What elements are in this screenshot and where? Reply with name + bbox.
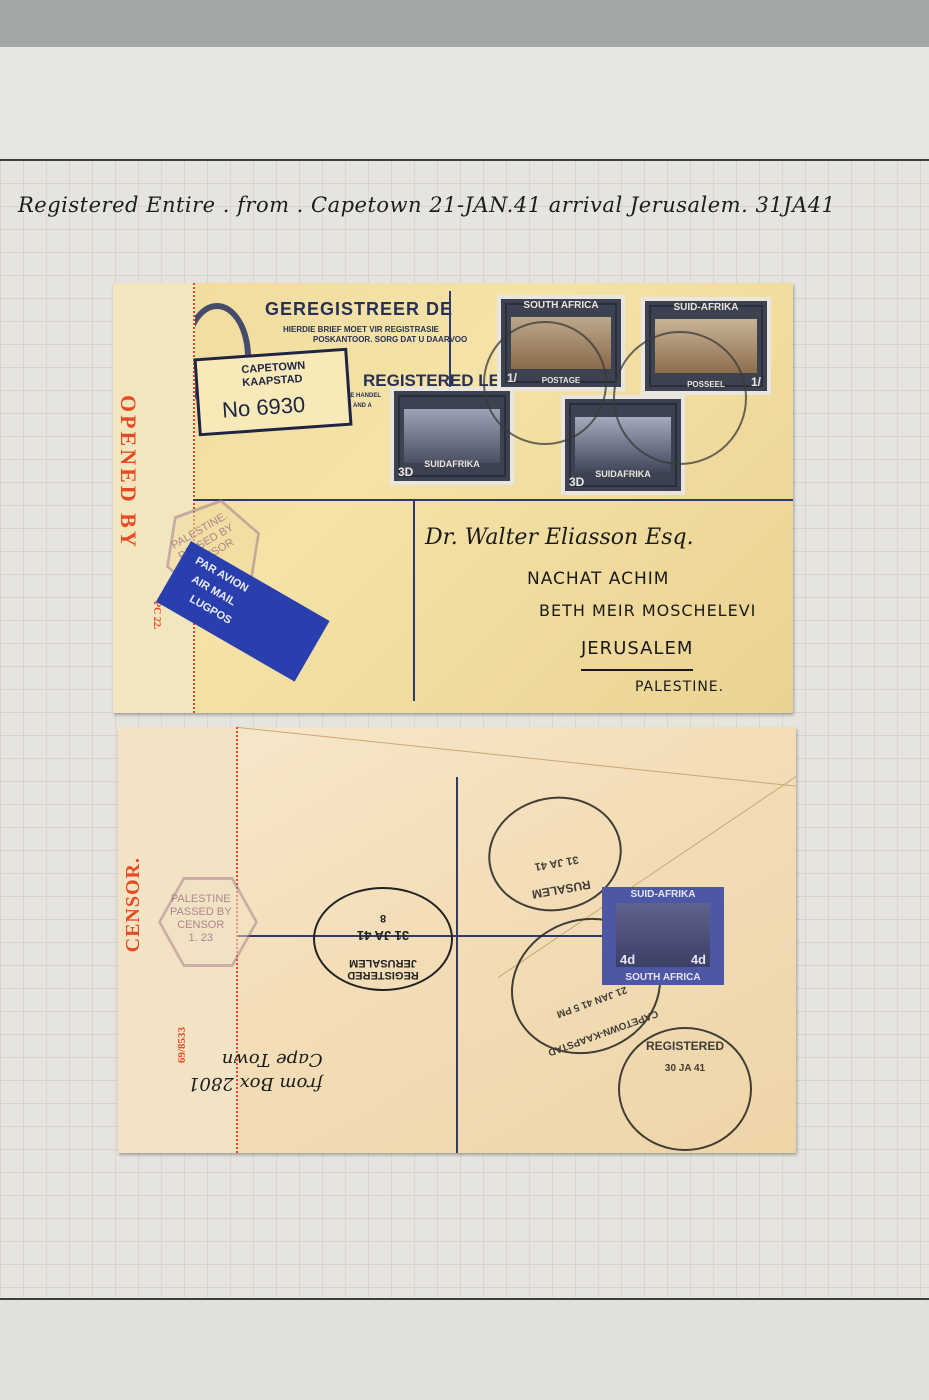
printed-divider-horizontal (193, 499, 793, 501)
page-heading: Registered Entire . from . Capetown 21-J… (18, 193, 918, 217)
top-rule (0, 159, 929, 161)
censor-opened-by-label: OPENED BY (115, 395, 141, 550)
printed-small-2: AND A (353, 403, 372, 409)
album-page-top-band (0, 47, 929, 159)
address-divider (413, 501, 415, 701)
handwritten-sender-note: from Box 2801 Cape Town (188, 1047, 323, 1095)
address-line-1: NACHAT ACHIM (527, 569, 669, 589)
printed-small-1: BE HANDEL (346, 393, 381, 399)
censor-tape: OPENED BY PC 22. (113, 283, 195, 713)
envelope-flap-line (238, 727, 796, 791)
registration-number: No 6930 (221, 392, 306, 424)
registration-label: CAPETOWNKAAPSTAD No 6930 (193, 348, 352, 437)
imprinted-4d-stamp: SUID-AFRIKA SOUTH AFRICA 4d 4d (602, 887, 724, 985)
printed-instruction-2: POSKANTOOR. SORG DAT U DAARVOO (313, 335, 467, 344)
registration-city-en: CAPETOWNKAAPSTAD (241, 360, 307, 390)
jerusalem-registered-postmark: REGISTERED JERUSALEM 31 JA 41 8 (313, 887, 453, 991)
address-name: Dr. Walter Eliasson Esq. (425, 525, 694, 550)
cover-front: OPENED BY PC 22. GEREGISTREER DE HIERDIE… (113, 283, 793, 713)
bottom-rule (0, 1298, 929, 1300)
printed-title-afrikaans: GEREGISTREER DE (265, 299, 453, 320)
address-line-3: JERUSALEM (581, 638, 693, 671)
printed-cross-vertical (456, 777, 458, 1153)
address-line-2: BETH MEIR MOSCHELEVI (539, 601, 756, 620)
registered-postmark-partial: REGISTERED 30 JA 41 (618, 1027, 752, 1151)
censor-label: CENSOR. (122, 857, 145, 952)
address-line-4: PALESTINE. (635, 679, 724, 695)
palestine-censor-text-back: PALESTINEPASSED BYCENSOR1. 23 (170, 893, 232, 945)
printed-instruction-1: HIERDIE BRIEF MOET VIR REGISTRASIE (283, 325, 439, 334)
capetown-postmark-2 (613, 331, 747, 465)
censor-number: 69/8533 (176, 1027, 188, 1063)
album-page-bottom-band (0, 1300, 929, 1400)
capetown-postmark-1 (483, 321, 607, 445)
cover-back: CENSOR. 69/8533 PALESTINEPASSED BYCENSOR… (118, 727, 796, 1153)
censor-code: PC 22. (151, 601, 162, 629)
